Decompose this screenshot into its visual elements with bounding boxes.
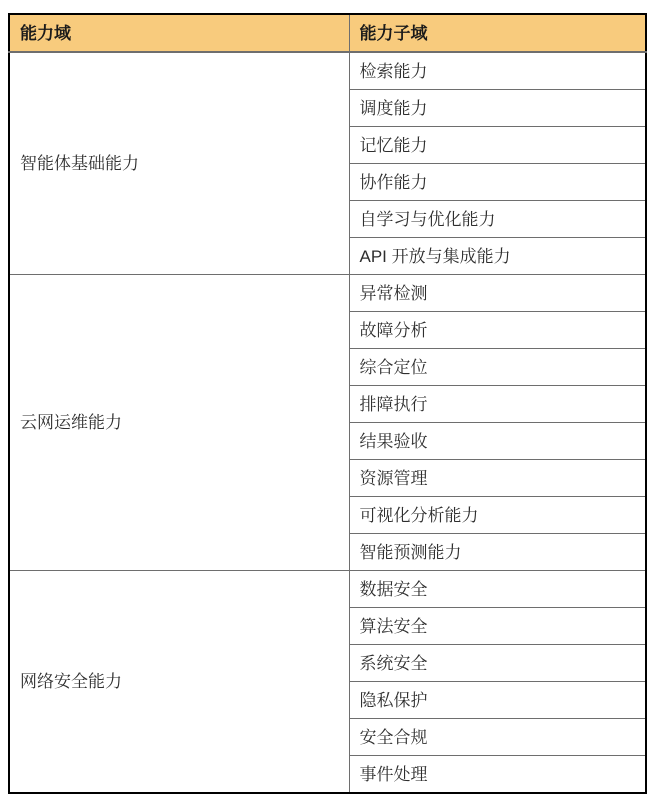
- subdomain-cell: 资源管理: [349, 460, 646, 497]
- subdomain-cell: 事件处理: [349, 756, 646, 794]
- subdomain-cell: API 开放与集成能力: [349, 238, 646, 275]
- subdomain-cell: 数据安全: [349, 571, 646, 608]
- subdomain-cell: 隐私保护: [349, 682, 646, 719]
- subdomain-cell: 可视化分析能力: [349, 497, 646, 534]
- subdomain-cell: 结果验收: [349, 423, 646, 460]
- subdomain-cell: 算法安全: [349, 608, 646, 645]
- header-cell-subdomain: 能力子域: [349, 14, 646, 52]
- subdomain-cell: 系统安全: [349, 645, 646, 682]
- subdomain-cell: 综合定位: [349, 349, 646, 386]
- header-cell-domain: 能力域: [9, 14, 349, 52]
- capability-table: 能力域 能力子域 智能体基础能力检索能力调度能力记忆能力协作能力自学习与优化能力…: [8, 13, 647, 794]
- subdomain-cell: 异常检测: [349, 275, 646, 312]
- subdomain-cell: 协作能力: [349, 164, 646, 201]
- subdomain-cell: 故障分析: [349, 312, 646, 349]
- subdomain-cell: 记忆能力: [349, 127, 646, 164]
- header-row: 能力域 能力子域: [9, 14, 646, 52]
- table-row: 网络安全能力数据安全: [9, 571, 646, 608]
- subdomain-cell: 安全合规: [349, 719, 646, 756]
- subdomain-cell: 排障执行: [349, 386, 646, 423]
- table-row: 智能体基础能力检索能力: [9, 52, 646, 90]
- table-row: 云网运维能力异常检测: [9, 275, 646, 312]
- table-body: 智能体基础能力检索能力调度能力记忆能力协作能力自学习与优化能力API 开放与集成…: [9, 52, 646, 793]
- subdomain-cell: 调度能力: [349, 90, 646, 127]
- subdomain-cell: 检索能力: [349, 52, 646, 90]
- domain-cell: 云网运维能力: [9, 275, 349, 571]
- document-page: 能力域 能力子域 智能体基础能力检索能力调度能力记忆能力协作能力自学习与优化能力…: [0, 0, 649, 798]
- domain-cell: 智能体基础能力: [9, 52, 349, 275]
- subdomain-cell: 智能预测能力: [349, 534, 646, 571]
- domain-cell: 网络安全能力: [9, 571, 349, 794]
- subdomain-cell: 自学习与优化能力: [349, 201, 646, 238]
